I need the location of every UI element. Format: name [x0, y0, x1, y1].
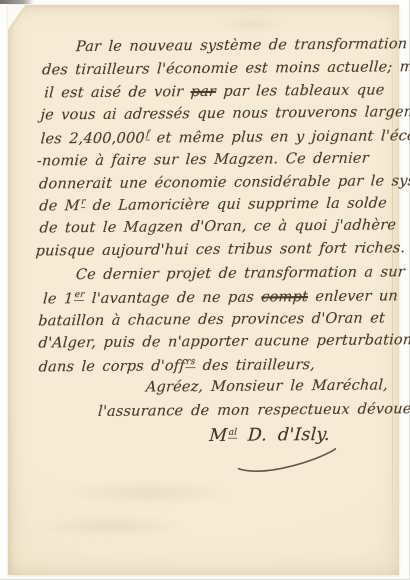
handwriting-text: bataillon à chacune des provinces d'Oran…	[38, 310, 386, 329]
handwriting-text: et même plus en y joignant l'éco-	[149, 128, 410, 146]
letter-line: dans le corps d'offrs des tirailleurs,	[38, 356, 315, 375]
letter-line: de tout le Magzen d'Oran, ce à quoi j'ad…	[39, 217, 397, 236]
handwriting-text: de Lamoricière qui supprime la solde	[85, 195, 388, 214]
handwriting-text: d'Alger, puis de n'apporter aucune pertu…	[38, 332, 410, 351]
letter-line: les 2,400,000f et même plus en y joignan…	[40, 127, 410, 147]
handwriting-text: des tirailleurs,	[195, 357, 316, 374]
letter-line: Par le nouveau système de transformation	[75, 36, 407, 55]
letter-line: des tirailleurs l'économie est moins act…	[42, 59, 410, 78]
handwriting-text: Par le nouveau système de transformation	[75, 36, 407, 55]
handwriting-text: je vous ai adressés que nous trouverons …	[40, 104, 410, 124]
letter-body: Par le nouveau système de transformation…	[0, 0, 410, 580]
handwriting-text: par les tableaux que	[216, 82, 385, 99]
handwriting-text: M	[209, 426, 228, 446]
letter-line: de Mr de Lamoricière qui supprime la sol…	[39, 194, 388, 214]
handwriting-text: -nomie à faire sur les Magzen. Ce dernie…	[36, 151, 369, 170]
closing-line: l'assurance de mon respectueux dévouemt	[98, 400, 410, 420]
handwriting-text: Agréez, Monsieur le Maréchal,	[145, 377, 388, 395]
handwriting-text: D. d'Isly.	[236, 425, 330, 446]
handwriting-text: l'avantage de ne pas	[84, 290, 262, 308]
letter-line: bataillon à chacune des provinces d'Oran…	[38, 310, 386, 329]
handwriting-text: puisque aujourd'hui ces tribus sont fort…	[35, 240, 406, 259]
handwriting-text: dans le corps d'off	[38, 358, 185, 375]
handwriting-text: l'assurance de mon respectueux dévouem	[98, 401, 410, 420]
handwriting-text: de tout le Magzen d'Oran, ce à quoi j'ad…	[39, 217, 397, 236]
handwriting-text: les 2,400,000	[40, 131, 145, 148]
letter-line: Ce dernier projet de transformation a su…	[75, 264, 405, 283]
handwriting-text: de M	[39, 198, 81, 214]
signature-line: Mal D. d'Isly.	[209, 425, 331, 446]
handwriting-text: il est aisé de voir	[44, 84, 191, 101]
handwriting-text: enlever un	[308, 288, 399, 305]
handwriting-text: des tirailleurs l'économie est moins act…	[42, 59, 410, 78]
letter-line: donnerait une économie considérable par …	[39, 172, 410, 193]
letter-line: puisque aujourd'hui ces tribus sont fort…	[35, 240, 406, 259]
closing-line: Agréez, Monsieur le Maréchal,	[145, 377, 388, 395]
signature-flourish	[234, 447, 338, 476]
letter-line: d'Alger, puis de n'apporter aucune pertu…	[38, 332, 410, 351]
struck-word: compt	[261, 289, 309, 305]
letter-line: il est aisé de voir par par les tableaux…	[44, 82, 385, 101]
letter-line: le 1er l'avantage de ne pas compt enleve…	[43, 287, 399, 307]
scan-background: Par le nouveau système de transformation…	[0, 0, 410, 580]
letter-line: je vous ai adressés que nous trouverons …	[40, 104, 410, 124]
handwriting-text: le 1	[43, 291, 74, 307]
letter-line: -nomie à faire sur les Magzen. Ce dernie…	[36, 151, 369, 170]
handwriting-text: donnerait une économie considérable par …	[39, 173, 410, 192]
handwriting-text: Ce dernier projet de transformation a su…	[75, 264, 405, 283]
struck-word: par	[190, 84, 216, 100]
